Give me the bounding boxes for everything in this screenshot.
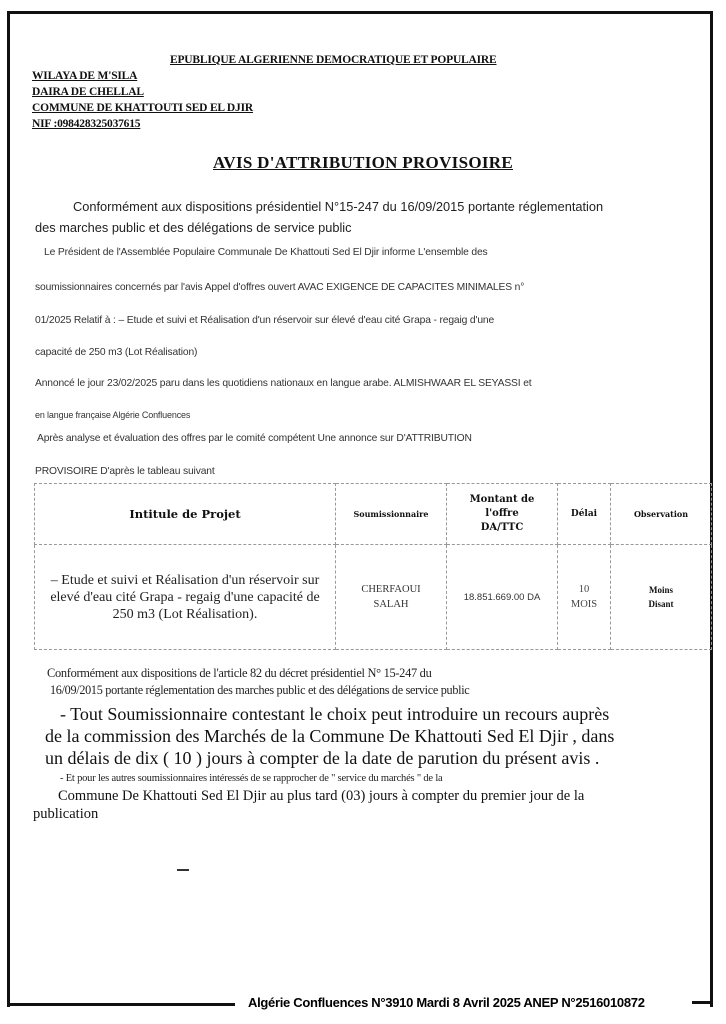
other-bidders-line: Commune De Khattouti Sed El Djir au plus… <box>58 788 584 805</box>
header-daira: DAIRA DE CHELLAL <box>32 86 144 98</box>
header-wilaya: WILAYA DE M'SILA <box>32 70 137 82</box>
intro-line-2: des marches public et des délégations de… <box>35 220 352 235</box>
award-table: Intitule de Projet Soumissionnaire Monta… <box>34 483 712 650</box>
bidder-line: SALAH <box>373 599 408 610</box>
header-republic: EPUBLIQUE ALGERIENNE DEMOCRATIQUE ET POP… <box>170 54 497 66</box>
delay-line: MOIS <box>571 599 597 610</box>
delay-line: 10 <box>579 584 590 595</box>
bidder-line: CHERFAOUI <box>361 584 420 595</box>
cell-amount: 18.851.669.00 DA <box>447 545 558 650</box>
header-nif: NIF :098428325037615 <box>32 118 140 130</box>
body-line: Annoncé le jour 23/02/2025 paru dans les… <box>35 378 705 389</box>
observation-line: Moins <box>649 585 673 595</box>
frame-bottom-right-line <box>692 1001 713 1004</box>
appeal-line: de la commission des Marchés de la Commu… <box>45 725 614 747</box>
body-line: soumissionnaires concernés par l'avis Ap… <box>35 282 705 293</box>
header-commune: COMMUNE DE KHATTOUTI SED EL DJIR <box>32 102 253 114</box>
header-bidder: Soumissionnaire <box>336 484 447 545</box>
other-bidders-line: - Et pour les autres soumissionnaires in… <box>60 773 443 784</box>
cell-bidder: CHERFAOUI SALAH <box>336 545 447 650</box>
body-line: Après analyse et évaluation des offres p… <box>37 433 707 444</box>
table-row: – Etude et suivi et Réalisation d'un rés… <box>35 545 712 650</box>
header-project: Intitule de Projet <box>35 484 336 545</box>
intro-paragraph: Conformément aux dispositions présidenti… <box>35 196 705 238</box>
cell-observation: Moins Disant <box>611 545 712 650</box>
header-amount: Montant de l'offre DA/TTC <box>447 484 558 545</box>
notice-title: AVIS D'ATTRIBUTION PROVISOIRE <box>0 153 726 173</box>
other-bidders-line: publication <box>33 806 98 823</box>
body-line: 01/2025 Relatif à : – Etude et suivi et … <box>35 315 705 326</box>
body-line: en langue française Algérie Confluences <box>35 410 705 420</box>
table-header-row: Intitule de Projet Soumissionnaire Monta… <box>35 484 712 545</box>
appeal-line: - Tout Soumissionnaire contestant le cho… <box>60 703 609 725</box>
cell-project: – Etude et suivi et Réalisation d'un rés… <box>35 545 336 650</box>
header-amount-line: l'offre <box>485 508 518 519</box>
body-line: capacité de 250 m3 (Lot Réalisation) <box>35 347 705 358</box>
frame-bottom-line <box>7 1003 235 1006</box>
body-line: Le Président de l'Assemblée Populaire Co… <box>44 247 714 258</box>
header-observation: Observation <box>611 484 712 545</box>
cell-delay: 10 MOIS <box>558 545 611 650</box>
body-line: PROVISOIRE D'après le tableau suivant <box>35 466 705 477</box>
intro-line-1: Conformément aux dispositions présidenti… <box>73 199 603 214</box>
closing-line: Conformément aux dispositions de l'artic… <box>47 666 431 681</box>
header-delay: Délai <box>558 484 611 545</box>
appeal-line: un délais de dix ( 10 ) jours à compter … <box>45 747 599 769</box>
closing-line: 16/09/2015 portante réglementation des m… <box>50 683 469 698</box>
publication-footer: Algérie Confluences N°3910 Mardi 8 Avril… <box>248 995 645 1010</box>
header-amount-line: DA/TTC <box>481 522 524 533</box>
observation-line: Disant <box>648 599 673 609</box>
header-amount-line: Montant de <box>470 494 535 505</box>
stray-mark <box>177 869 189 871</box>
